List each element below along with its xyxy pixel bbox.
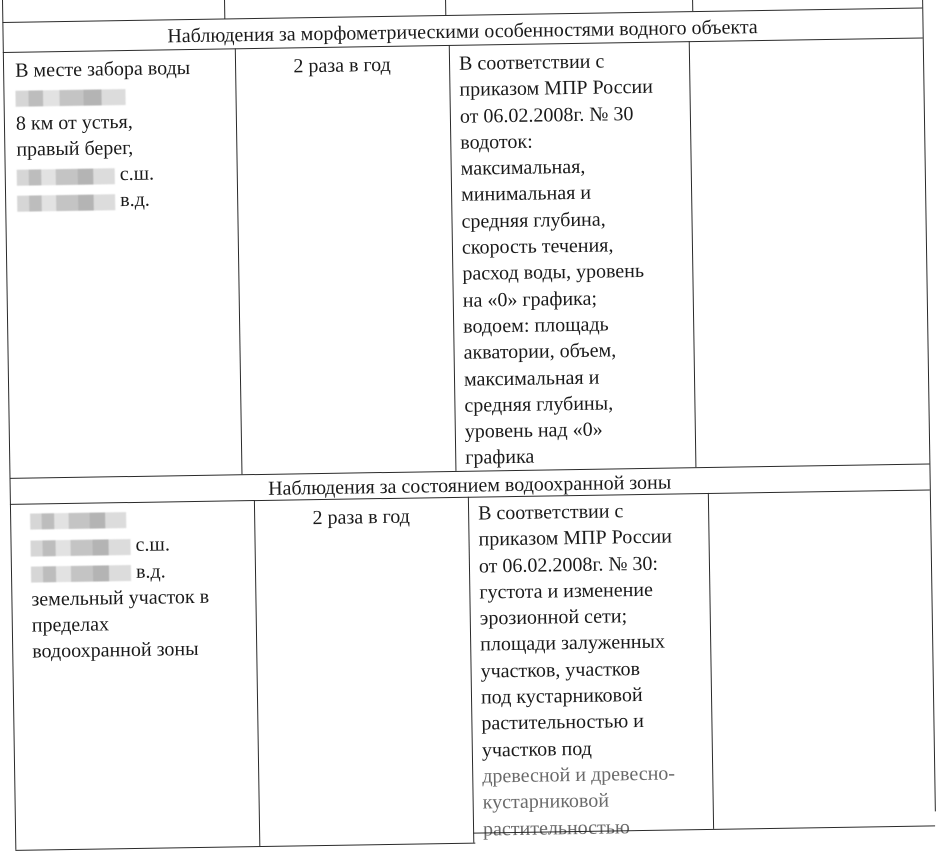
column-divider <box>224 0 226 18</box>
column-divider <box>445 0 447 15</box>
param-line: растительностью <box>483 812 713 842</box>
notes-cell <box>693 44 919 48</box>
location-line: правый берег, <box>16 133 231 163</box>
redacted-name <box>30 504 250 534</box>
param-line: площади залуженных <box>480 628 710 658</box>
latitude-line: с.ш. <box>17 160 232 190</box>
param-line: приказом МПР России <box>478 523 708 553</box>
frequency-cell: 2 раза в год <box>235 51 449 81</box>
column-divider <box>468 497 475 843</box>
table-border-bottom <box>15 843 475 852</box>
column-divider <box>254 500 261 846</box>
frequency-cell: 2 раза в год <box>254 503 468 533</box>
param-line: максимальная, <box>461 152 691 182</box>
param-line: уровень над «0» <box>465 415 695 445</box>
parameters-cell: В соответствии с приказом МПР России от … <box>459 47 696 471</box>
longitude-label: в.д. <box>136 560 166 582</box>
longitude-line: в.д. <box>31 557 251 587</box>
longitude-label: в.д. <box>120 189 150 211</box>
param-line: участков, участков <box>480 655 710 685</box>
param-line: водоток: <box>460 126 690 156</box>
location-cell: с.ш. в.д. земельный участок в пределах в… <box>30 504 252 665</box>
column-divider <box>692 0 694 11</box>
notes-cell <box>712 493 928 496</box>
param-line: эрозионной сети; <box>480 602 710 632</box>
param-line: от 06.02.2008г. № 30 <box>460 100 690 130</box>
param-line: под кустарниковой <box>481 681 711 711</box>
location-line: В месте забора воды <box>15 54 230 84</box>
param-line: скорость течения, <box>462 231 692 261</box>
param-line: акватории, объем, <box>463 336 693 366</box>
param-line: средняя глубины, <box>464 389 694 419</box>
param-line: максимальная и <box>464 363 694 393</box>
param-line: кустарниковой <box>482 786 712 816</box>
section-title-water-protection-zone: Наблюдения за состоянием водоохранной зо… <box>10 466 930 504</box>
param-line: приказом МПР России <box>459 73 689 103</box>
location-line: водоохранной зоны <box>32 636 252 666</box>
location-line: пределах <box>32 609 252 639</box>
param-line: растительностью и <box>481 707 711 737</box>
param-line: минимальная и <box>461 179 691 209</box>
param-line: средняя глубина, <box>461 205 691 235</box>
param-line: на «0» графика; <box>463 284 693 314</box>
param-line: водоем: площадь <box>463 310 693 340</box>
param-line: расход воды, уровень <box>462 258 692 288</box>
param-line: густота и изменение <box>479 576 709 606</box>
longitude-line: в.д. <box>17 186 232 216</box>
latitude-line: с.ш. <box>30 530 250 560</box>
latitude-label: с.ш. <box>135 534 170 557</box>
redacted-name <box>15 81 230 111</box>
location-line: земельный участок в <box>31 583 251 613</box>
param-line: от 06.02.2008г. № 30: <box>479 550 709 580</box>
column-divider <box>449 45 457 471</box>
parameters-cell: В соответствии с приказом МПР России от … <box>478 497 713 842</box>
param-line: участков под <box>482 734 712 764</box>
latitude-label: с.ш. <box>120 163 155 186</box>
column-divider <box>2 0 17 850</box>
param-line: древесной и древесно- <box>482 760 712 790</box>
table-border-right <box>922 0 936 811</box>
param-line: В соответствии с <box>478 497 708 527</box>
param-line: В соответствии с <box>459 47 689 77</box>
scanned-document-page: Наблюдения за морфометрическими особенно… <box>0 0 950 852</box>
column-divider <box>235 48 243 474</box>
location-cell: В месте забора воды 8 км от устья, правы… <box>15 54 232 215</box>
location-line: 8 км от устья, <box>16 107 231 137</box>
